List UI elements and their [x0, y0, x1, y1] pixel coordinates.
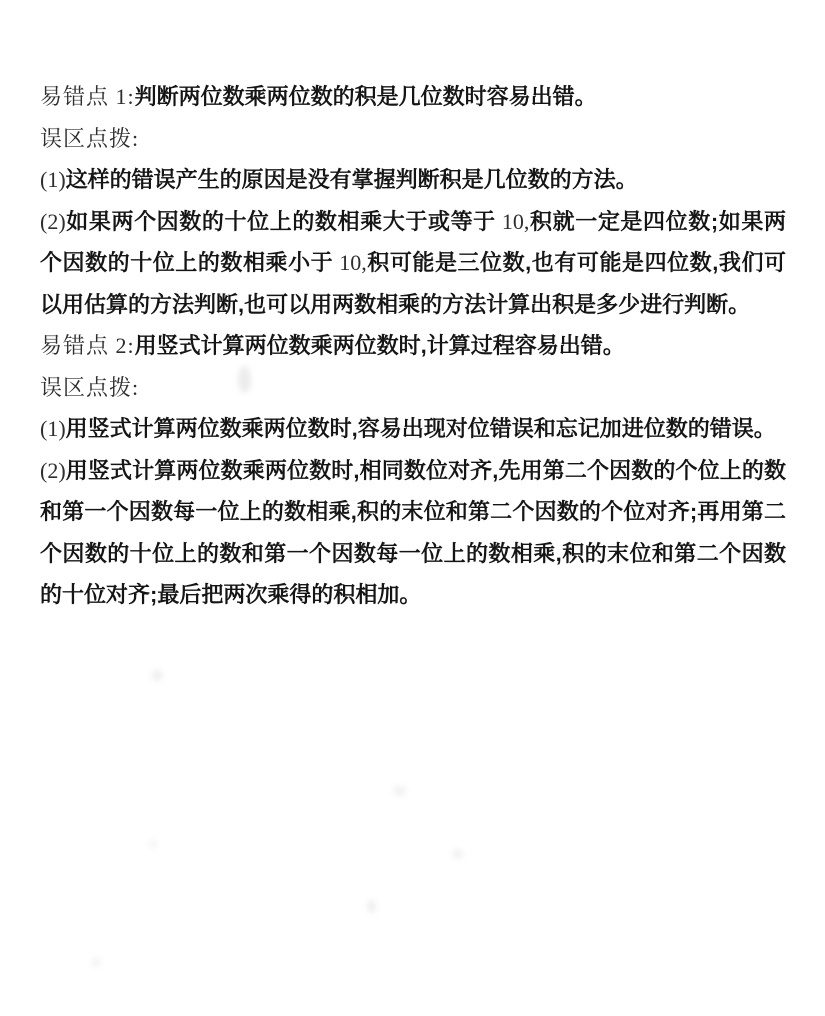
- point1-tips-heading: 误区点拨:: [40, 118, 786, 160]
- point1-tip-1-number: (1): [40, 167, 66, 192]
- point2-tip-1-text: 用竖式计算两位数乘两位数时,容易出现对位错误和忘记加进位数的错误。: [66, 416, 776, 441]
- point2-tip-2-number: (2): [40, 458, 66, 483]
- error-point-1-label: 易错点 1:: [40, 84, 135, 109]
- point1-tip-2-text-a: 如果两个因数的十位上的数相乘大于或等于: [66, 209, 496, 234]
- point1-tip-2-numeral-10-a: 10,: [496, 209, 530, 234]
- error-point-1-heading: 易错点 1:判断两位数乘两位数的积是几位数时容易出错。: [40, 76, 786, 118]
- point2-tips-heading: 误区点拨:: [40, 367, 786, 409]
- scan-smudge: [92, 958, 101, 967]
- point1-tip-1: (1)这样的错误产生的原因是没有掌握判断积是几位数的方法。: [40, 159, 786, 201]
- point2-tip-2-text: 用竖式计算两位数乘两位数时,相同数位对齐,先用第二个因数的个位上的数和第一个因数…: [40, 458, 786, 608]
- scan-smudge: [393, 786, 406, 796]
- point1-tip-2-number: (2): [40, 209, 66, 234]
- error-point-2-label: 易错点 2:: [40, 333, 135, 358]
- point2-tip-2: (2)用竖式计算两位数乘两位数时,相同数位对齐,先用第二个因数的个位上的数和第一…: [40, 450, 786, 616]
- error-point-2-title: 用竖式计算两位数乘两位数时,计算过程容易出错。: [135, 333, 625, 358]
- point2-tip-1: (1)用竖式计算两位数乘两位数时,容易出现对位错误和忘记加进位数的错误。: [40, 408, 786, 450]
- error-point-2-section: 易错点 2:用竖式计算两位数乘两位数时,计算过程容易出错。 误区点拨: (1)用…: [40, 325, 786, 616]
- point1-tip-2: (2)如果两个因数的十位上的数相乘大于或等于 10,积就一定是四位数;如果两个因…: [40, 201, 786, 326]
- error-point-2-heading: 易错点 2:用竖式计算两位数乘两位数时,计算过程容易出错。: [40, 325, 786, 367]
- point2-tip-1-number: (1): [40, 416, 66, 441]
- point1-tip-2-numeral-10-b: 10,: [333, 250, 367, 275]
- error-point-1-title: 判断两位数乘两位数的积是几位数时容易出错。: [135, 84, 597, 109]
- scan-smudge: [152, 670, 163, 681]
- document-page: 易错点 1:判断两位数乘两位数的积是几位数时容易出错。 误区点拨: (1)这样的…: [40, 76, 786, 616]
- scan-smudge: [238, 366, 251, 393]
- point1-tip-1-text: 这样的错误产生的原因是没有掌握判断积是几位数的方法。: [66, 167, 638, 192]
- scan-smudge: [149, 840, 157, 848]
- scan-smudge: [452, 849, 463, 859]
- scan-smudge: [367, 900, 376, 913]
- error-point-1-section: 易错点 1:判断两位数乘两位数的积是几位数时容易出错。 误区点拨: (1)这样的…: [40, 76, 786, 325]
